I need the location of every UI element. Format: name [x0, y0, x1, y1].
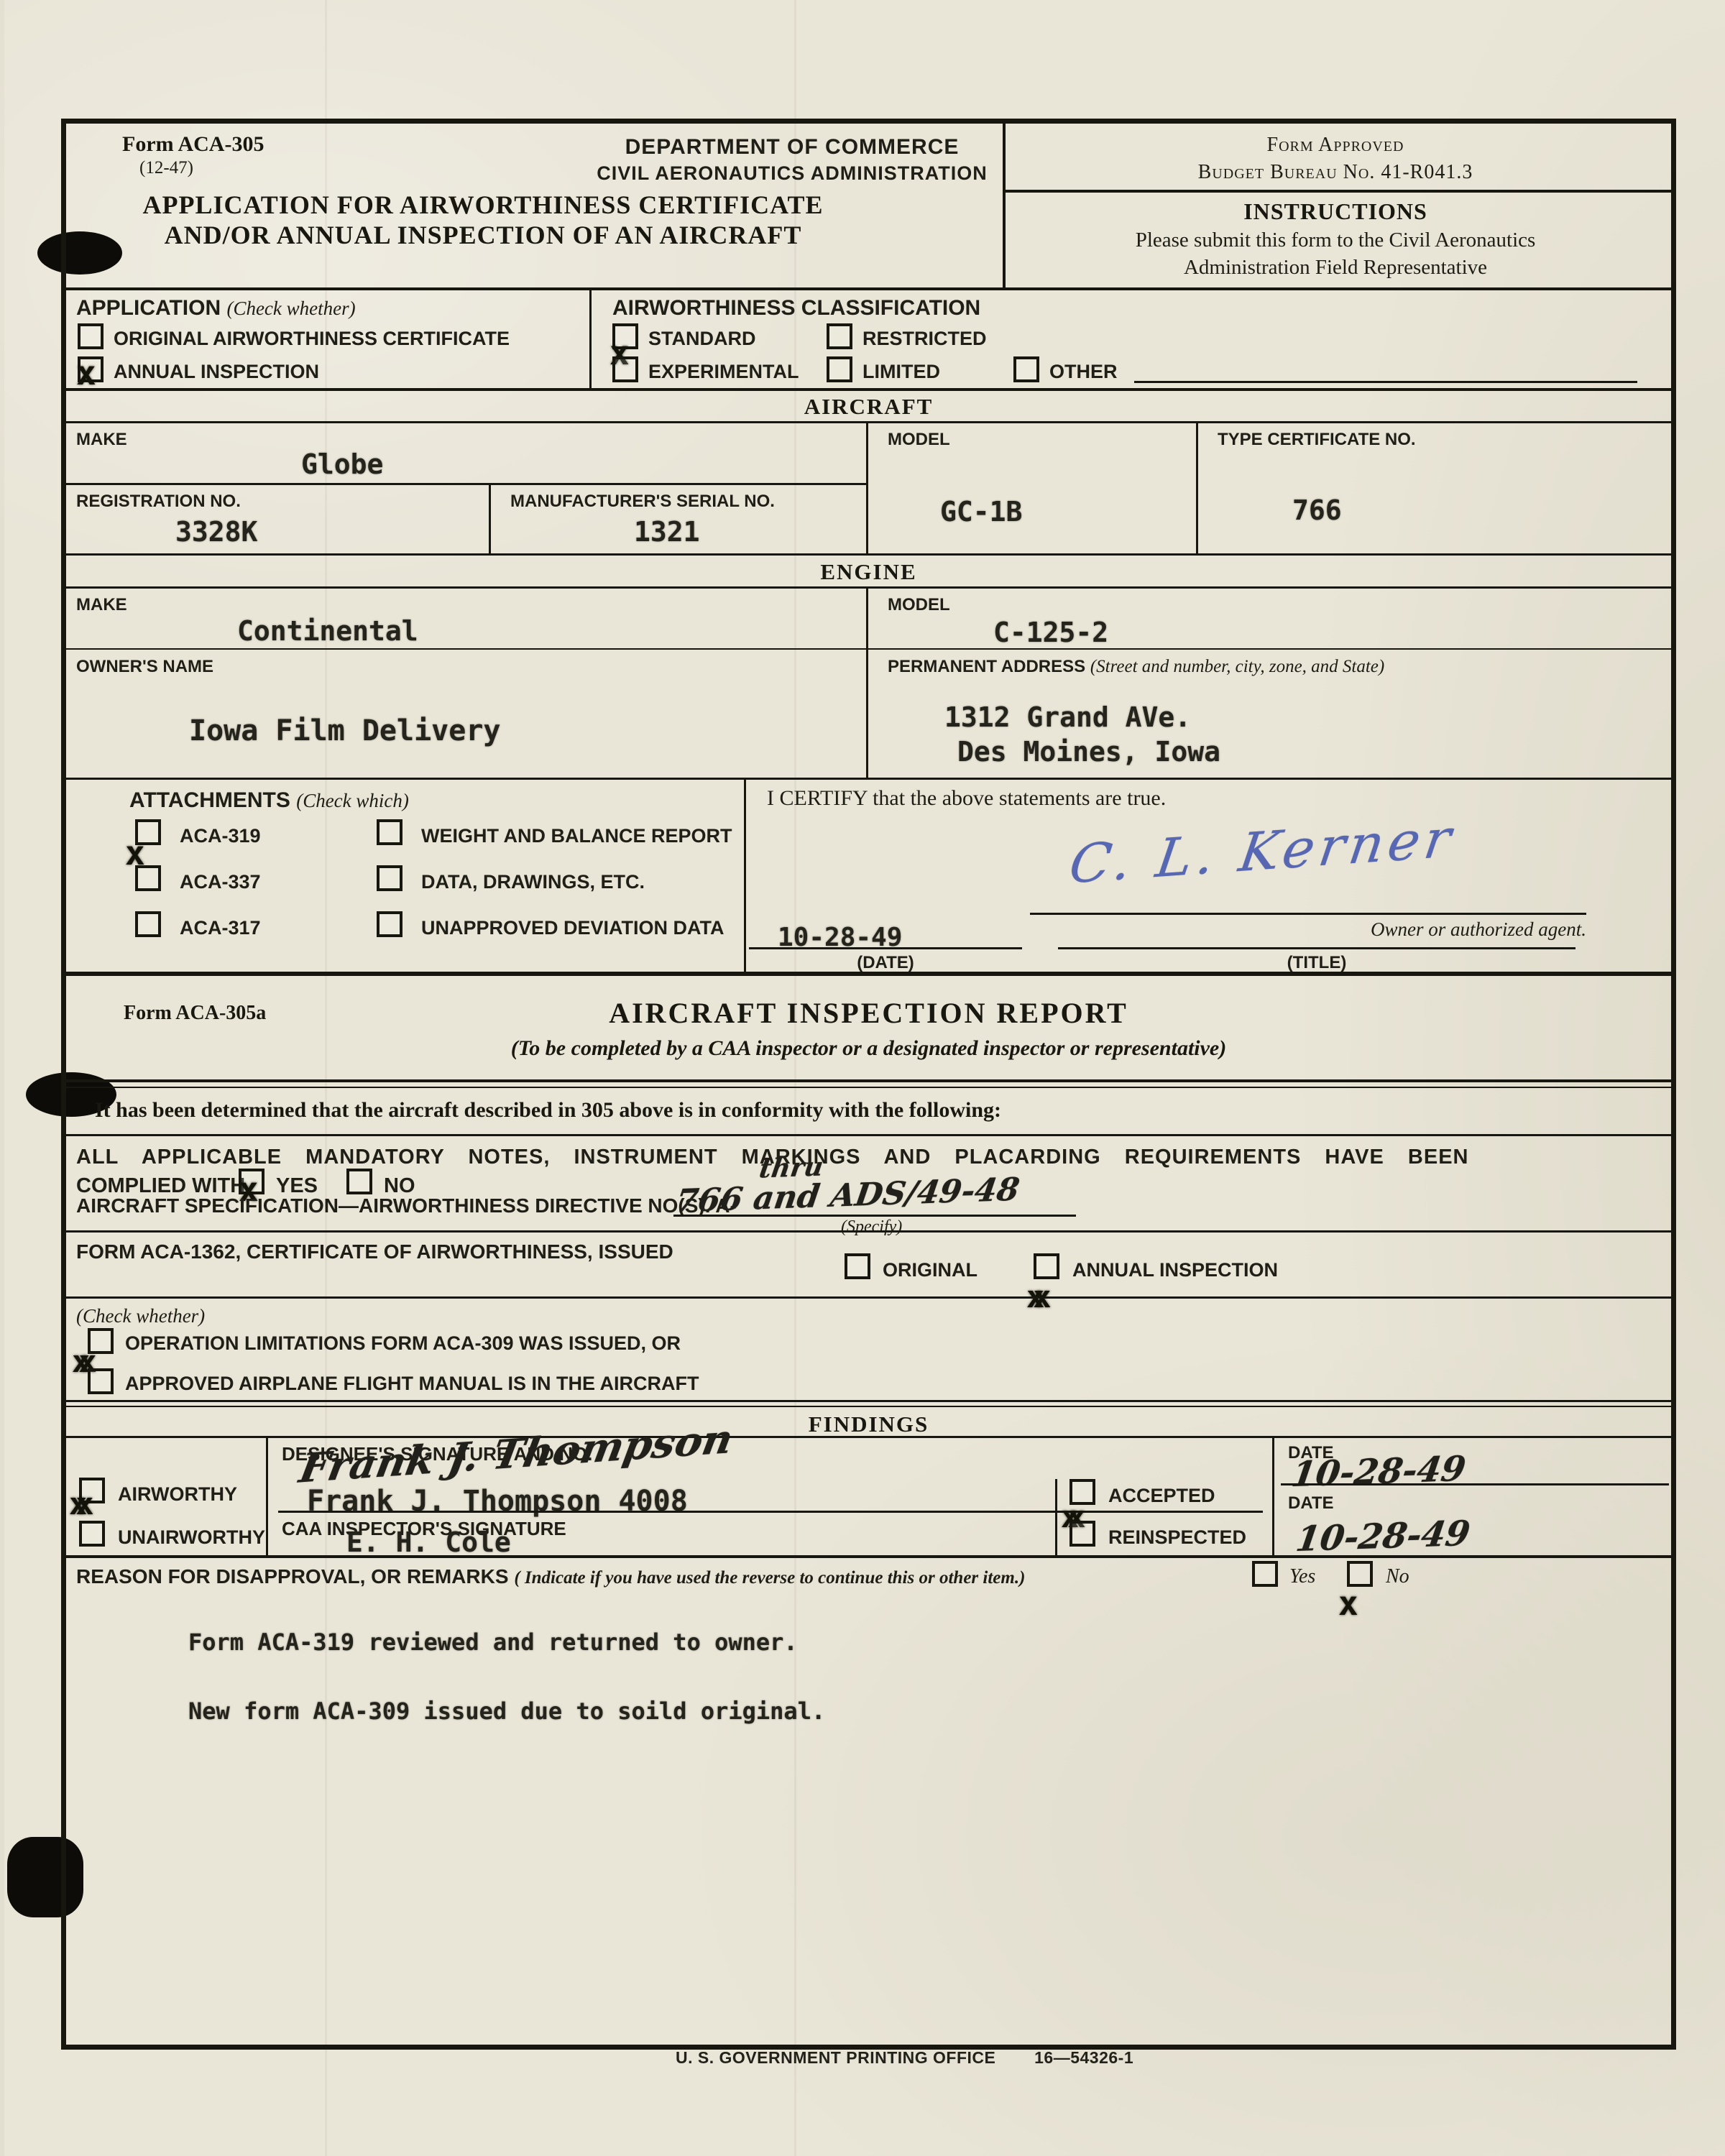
- page-title-line2: AND/OR ANNUAL INSPECTION OF AN AIRCRAFT: [66, 220, 900, 250]
- owner-address-line2: Des Moines, Iowa: [957, 736, 1220, 768]
- instructions-line1: Please submit this form to the Civil Aer…: [1003, 229, 1668, 252]
- printer-name: U. S. GOVERNMENT PRINTING OFFICE: [676, 2048, 995, 2067]
- form-border: Form ACA-305 (12-47) DEPARTMENT OF COMME…: [61, 119, 1676, 2050]
- unairworthy-label: UNAIRWORTHY: [118, 1526, 265, 1549]
- registration-value: 3328K: [175, 516, 257, 548]
- date-label: (DATE): [749, 953, 1022, 973]
- certify-statement: I CERTIFY that the above statements are …: [767, 786, 1166, 811]
- option-experimental: EXPERIMENTAL: [648, 361, 799, 383]
- instructions-line2: Administration Field Representative: [1003, 256, 1668, 280]
- double-line: [66, 1400, 1671, 1402]
- designee-signature-line[interactable]: [278, 1511, 1263, 1513]
- attachments-label: ATTACHMENTS (Check which): [129, 788, 409, 813]
- check-mark: xx: [69, 1489, 83, 1519]
- cell-divider: [489, 483, 491, 553]
- cert-original-label: ORIGINAL: [883, 1259, 977, 1281]
- cell-divider: [1196, 421, 1198, 553]
- checkbox-operation-limitations[interactable]: xx: [88, 1328, 114, 1354]
- date-line[interactable]: [749, 947, 1022, 949]
- engine-model-value: C-125-2: [993, 617, 1108, 648]
- print-code: 16—54326-1: [1034, 2048, 1133, 2067]
- flight-manual-label: APPROVED AIRPLANE FLIGHT MANUAL IS IN TH…: [125, 1373, 699, 1395]
- designee-typed-name: Frank J. Thompson 4008: [307, 1485, 688, 1518]
- option-restricted: RESTRICTED: [862, 328, 987, 350]
- row-line: [66, 1296, 1671, 1299]
- airworthy-label: AIRWORTHY: [118, 1483, 237, 1506]
- application-divider: [589, 287, 592, 388]
- row-line: [66, 648, 1671, 650]
- department-line1: DEPARTMENT OF COMMERCE: [569, 135, 1015, 160]
- aircraft-make-label: MAKE: [76, 430, 127, 450]
- page-title-line1: APPLICATION FOR AIRWORTHINESS CERTIFICAT…: [66, 190, 900, 220]
- attachment-data-drawings: DATA, DRAWINGS, ETC.: [421, 871, 645, 893]
- option-annual-inspection: ANNUAL INSPECTION: [114, 361, 319, 383]
- budget-bureau: Budget Bureau No. 41-R041.3: [1003, 161, 1668, 184]
- caa-inspector-typed-name: E. H. Cole: [346, 1526, 511, 1558]
- checkbox-cert-original[interactable]: [845, 1253, 870, 1279]
- checkbox-aca-337[interactable]: [135, 865, 161, 891]
- reinspected-label: REINSPECTED: [1108, 1526, 1246, 1549]
- row-line: [66, 483, 866, 485]
- checkbox-flight-manual[interactable]: [88, 1368, 114, 1394]
- cert-annual-label: ANNUAL INSPECTION: [1072, 1259, 1278, 1281]
- check-whether-label: (Check whether): [76, 1305, 205, 1327]
- attachment-unapproved-deviation: UNAPPROVED DEVIATION DATA: [421, 917, 724, 939]
- attachment-aca-317: ACA-317: [180, 917, 261, 939]
- checkbox-limited[interactable]: [827, 356, 852, 382]
- cell-divider: [866, 586, 868, 778]
- approved-divider: [1003, 190, 1671, 193]
- section-line: [66, 778, 1671, 780]
- attachment-weight-balance: WEIGHT AND BALANCE REPORT: [421, 825, 732, 847]
- serial-value: 1321: [634, 516, 700, 548]
- double-line: [66, 1087, 1671, 1088]
- form-number: Form ACA-305: [122, 132, 264, 157]
- thick-separator: [66, 972, 1671, 976]
- thick-separator: [66, 1555, 1671, 1558]
- reason-no-label: No: [1386, 1565, 1409, 1588]
- cell-divider: [866, 421, 868, 553]
- aircraft-model-label: MODEL: [888, 430, 950, 450]
- findings-section-title: FINDINGS: [66, 1411, 1671, 1437]
- report-subtitle: (To be completed by a CAA inspector or a…: [66, 1036, 1671, 1061]
- checkbox-cert-annual[interactable]: xx: [1034, 1253, 1059, 1279]
- engine-make-value: Continental: [237, 615, 418, 647]
- aircraft-section-title: AIRCRAFT: [66, 394, 1671, 420]
- engine-section-title: ENGINE: [66, 559, 1671, 585]
- checkbox-annual-inspection[interactable]: x: [78, 356, 103, 382]
- checkbox-airworthy[interactable]: xx: [79, 1478, 105, 1503]
- option-standard: STANDARD: [648, 328, 756, 350]
- accepted-label: ACCEPTED: [1108, 1485, 1215, 1507]
- determination-text: It has been determined that the aircraft…: [95, 1098, 1001, 1123]
- scanned-form-page: Form ACA-305 (12-47) DEPARTMENT OF COMME…: [0, 0, 1725, 2156]
- spec-directive-label: AIRCRAFT SPECIFICATION—AIRWORTHINESS DIR…: [76, 1194, 737, 1217]
- checkbox-original-airworthiness[interactable]: [78, 323, 103, 349]
- specify-label: (Specify): [841, 1217, 902, 1237]
- checkbox-weight-balance[interactable]: [377, 819, 402, 845]
- checkbox-complied-no[interactable]: [346, 1169, 372, 1194]
- double-line: [66, 1406, 1671, 1407]
- remark-line: New form ACA-309 issued due to soild ori…: [188, 1697, 825, 1725]
- accepted-divider: [1055, 1479, 1057, 1555]
- aircraft-model-value: GC-1B: [940, 496, 1022, 528]
- checkbox-complied-yes[interactable]: x: [239, 1169, 264, 1194]
- checkbox-unairworthy[interactable]: [79, 1521, 105, 1547]
- checkbox-unapproved-deviation[interactable]: [377, 911, 402, 937]
- title-label: (TITLE): [1058, 953, 1575, 973]
- type-cert-label: TYPE CERTIFICATE NO.: [1218, 430, 1416, 450]
- application-label: APPLICATION (Check whether): [76, 296, 356, 321]
- attachment-aca-337: ACA-337: [180, 871, 261, 893]
- double-line: [66, 1079, 1671, 1082]
- findings-date-2: 10-28-49: [1293, 1514, 1472, 1560]
- attachment-aca-319: ACA-319: [180, 825, 261, 847]
- department-line2: CIVIL AERONAUTICS ADMINISTRATION: [569, 162, 1015, 185]
- other-underline[interactable]: [1134, 381, 1637, 383]
- owner-address-line1: 1312 Grand AVe.: [944, 701, 1191, 733]
- owner-name-label: OWNER'S NAME: [76, 657, 213, 677]
- form-approved: Form Approved: [1003, 134, 1668, 157]
- checkbox-accepted[interactable]: xx: [1069, 1479, 1095, 1505]
- check-mark: xx: [72, 1347, 86, 1377]
- checkbox-data-drawings[interactable]: [377, 865, 402, 891]
- date-column-divider: [1272, 1436, 1274, 1555]
- option-other: OTHER: [1049, 361, 1118, 383]
- instructions-title: INSTRUCTIONS: [1003, 198, 1668, 225]
- classification-label: AIRWORTHINESS CLASSIFICATION: [612, 296, 980, 321]
- signature-caption: Owner or authorized agent.: [1288, 918, 1586, 941]
- attachments-divider: [744, 778, 746, 972]
- section-line: [66, 421, 1671, 423]
- checkbox-reason-no[interactable]: x: [1347, 1561, 1373, 1587]
- report-title: AIRCRAFT INSPECTION REPORT: [66, 996, 1671, 1030]
- signature-line[interactable]: [1030, 913, 1586, 915]
- checkbox-standard[interactable]: x: [612, 323, 638, 349]
- registration-label: REGISTRATION NO.: [76, 492, 241, 512]
- option-original-airworthiness: ORIGINAL AIRWORTHINESS CERTIFICATE: [114, 328, 510, 350]
- engine-make-label: MAKE: [76, 595, 127, 615]
- findings-date-1: 10-28-49: [1289, 1449, 1468, 1495]
- type-cert-value: 766: [1292, 494, 1342, 526]
- checkbox-reason-yes[interactable]: [1252, 1561, 1278, 1587]
- reason-label: REASON FOR DISAPPROVAL, OR REMARKS ( Ind…: [76, 1565, 1025, 1588]
- date-line-1[interactable]: [1281, 1483, 1669, 1485]
- section-line: [66, 1436, 1671, 1438]
- findings-divider: [266, 1436, 268, 1555]
- section-line: [66, 586, 1671, 589]
- checkbox-aca-317[interactable]: [135, 911, 161, 937]
- checkbox-other[interactable]: [1013, 356, 1039, 382]
- form-1362-label: FORM ACA-1362, CERTIFICATE OF AIRWORTHIN…: [76, 1240, 673, 1263]
- specify-line[interactable]: [673, 1215, 1076, 1217]
- checkbox-reinspected[interactable]: [1069, 1521, 1095, 1547]
- row-line: [66, 1230, 1671, 1233]
- owner-signature: C. L. Kerner: [1066, 808, 1459, 896]
- section-line: [66, 287, 1671, 290]
- checkbox-experimental[interactable]: [612, 356, 638, 382]
- owner-name-value: Iowa Film Delivery: [189, 714, 500, 747]
- check-mark: x: [76, 356, 85, 390]
- row-line: [66, 1134, 1671, 1136]
- findings-date-label-2: DATE: [1288, 1493, 1334, 1514]
- title-line[interactable]: [1058, 947, 1575, 949]
- check-mark: x: [125, 837, 134, 870]
- engine-model-label: MODEL: [888, 595, 950, 615]
- section-line: [66, 388, 1671, 391]
- section-line: [66, 553, 1671, 556]
- printing-office-footer: U. S. GOVERNMENT PRINTING OFFICE 16—5432…: [676, 2048, 1133, 2068]
- serial-label: MANUFACTURER'S SERIAL NO.: [510, 492, 775, 512]
- aircraft-make-value: Globe: [301, 448, 383, 480]
- form-revision: (12-47): [139, 158, 193, 178]
- checkbox-aca-319[interactable]: x: [135, 819, 161, 845]
- permanent-address-label: PERMANENT ADDRESS (Street and number, ci…: [888, 657, 1384, 677]
- operation-limitations-label: OPERATION LIMITATIONS FORM ACA-309 WAS I…: [125, 1332, 681, 1355]
- remark-line: Form ACA-319 reviewed and returned to ow…: [188, 1628, 798, 1656]
- reason-yes-label: Yes: [1289, 1565, 1315, 1588]
- checkbox-restricted[interactable]: [827, 323, 852, 349]
- check-mark: x: [1338, 1587, 1347, 1620]
- option-limited: LIMITED: [862, 361, 940, 383]
- spec-directive-value: 766 and ADS/49-48: [673, 1171, 1021, 1220]
